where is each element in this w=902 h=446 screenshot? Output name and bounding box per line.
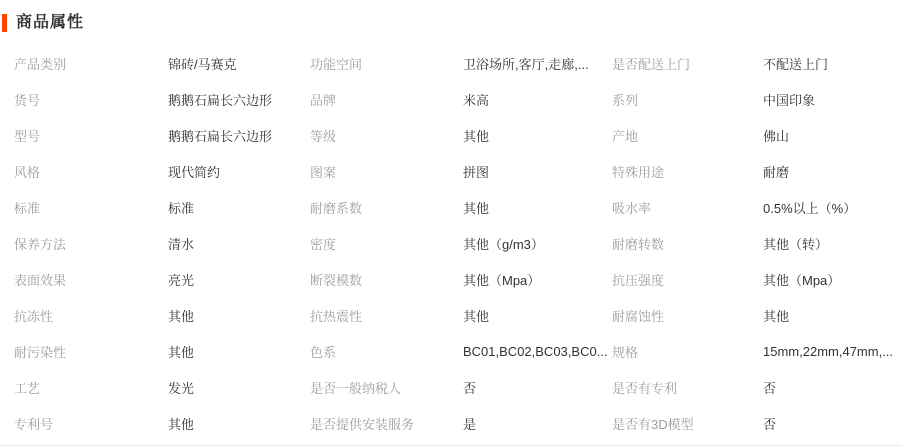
- attribute-cell: 耐磨系数其他: [310, 189, 612, 225]
- attr-label: 图案: [310, 162, 463, 181]
- attr-label: 专利号: [14, 414, 168, 433]
- attr-value: 米高: [463, 90, 489, 109]
- attr-value: 其他: [763, 306, 789, 325]
- attr-value: 是: [463, 414, 476, 433]
- attr-value: 其他: [168, 306, 194, 325]
- attr-value: 其他: [463, 306, 489, 325]
- attribute-cell: 密度其他（g/m3）: [310, 225, 612, 261]
- attr-label: 抗压强度: [612, 270, 763, 289]
- attr-label: 等级: [310, 126, 463, 145]
- attribute-cell: 专利号其他: [14, 405, 310, 441]
- attr-value: 其他（Mpa）: [763, 270, 840, 289]
- attr-value: 发光: [168, 378, 194, 397]
- attr-label: 耐磨转数: [612, 234, 763, 253]
- attribute-cell: 色系BC01,BC02,BC03,BC0...: [310, 333, 612, 369]
- attribute-cell: 抗压强度其他（Mpa）: [612, 261, 902, 297]
- attr-label: 抗热震性: [310, 306, 463, 325]
- attr-value: 其他: [463, 198, 489, 217]
- attribute-cell: 产品类别锦砖/马赛克: [14, 45, 310, 81]
- attr-label: 密度: [310, 234, 463, 253]
- attr-value: 其他（Mpa）: [463, 270, 540, 289]
- attribute-cell: 抗冻性其他: [14, 297, 310, 333]
- attr-value: BC01,BC02,BC03,BC0...: [463, 344, 608, 359]
- attr-value: 标准: [168, 198, 194, 217]
- attribute-cell: 特殊用途耐磨: [612, 153, 902, 189]
- section-header: 商品属性: [2, 12, 902, 33]
- attr-value: 15mm,22mm,47mm,...: [763, 344, 893, 359]
- attr-value: 其他（g/m3）: [463, 234, 544, 253]
- section-title: 商品属性: [16, 12, 84, 33]
- attr-label: 品牌: [310, 90, 463, 109]
- attribute-cell: 标准标准: [14, 189, 310, 225]
- product-attributes-panel: 商品属性 产品类别锦砖/马赛克 功能空间卫浴场所,客厅,走廊,... 是否配送上…: [0, 0, 902, 446]
- attr-label: 吸水率: [612, 198, 763, 217]
- attr-label: 工艺: [14, 378, 168, 397]
- attr-value: 不配送上门: [763, 54, 828, 73]
- attribute-cell: 是否有专利否: [612, 369, 902, 405]
- attr-label: 断裂模数: [310, 270, 463, 289]
- attr-value: 卫浴场所,客厅,走廊,...: [463, 54, 589, 73]
- attr-value: 否: [763, 378, 776, 397]
- attr-label: 特殊用途: [612, 162, 763, 181]
- attribute-cell: 品牌米高: [310, 81, 612, 117]
- attribute-cell: 吸水率0.5%以上（%）: [612, 189, 902, 225]
- attr-value: 鹅鹅石扁长六边形: [168, 126, 272, 145]
- attr-value: 其他: [168, 414, 194, 433]
- attr-value: 耐磨: [763, 162, 789, 181]
- attribute-cell: 图案拼图: [310, 153, 612, 189]
- attr-value: 鹅鹅石扁长六边形: [168, 90, 272, 109]
- attribute-cell: 是否提供安装服务是: [310, 405, 612, 441]
- attr-label: 是否配送上门: [612, 54, 763, 73]
- attr-value: 现代简约: [168, 162, 220, 181]
- attribute-cell: 耐磨转数其他（转）: [612, 225, 902, 261]
- attr-label: 型号: [14, 126, 168, 145]
- attributes-table: 产品类别锦砖/马赛克 功能空间卫浴场所,客厅,走廊,... 是否配送上门不配送上…: [0, 45, 902, 441]
- attribute-cell: 产地佛山: [612, 117, 902, 153]
- attr-label: 系列: [612, 90, 763, 109]
- attr-label: 色系: [310, 342, 463, 361]
- attr-label: 风格: [14, 162, 168, 181]
- attr-label: 表面效果: [14, 270, 168, 289]
- attr-value: 清水: [168, 234, 194, 253]
- attribute-cell: 等级其他: [310, 117, 612, 153]
- attr-label: 标准: [14, 198, 168, 217]
- attribute-cell: 表面效果亮光: [14, 261, 310, 297]
- attr-value: 其他: [463, 126, 489, 145]
- attribute-cell: 规格15mm,22mm,47mm,...: [612, 333, 902, 369]
- attribute-cell: 功能空间卫浴场所,客厅,走廊,...: [310, 45, 612, 81]
- attribute-cell: 是否配送上门不配送上门: [612, 45, 902, 81]
- attribute-cell: 风格现代简约: [14, 153, 310, 189]
- attribute-cell: 型号鹅鹅石扁长六边形: [14, 117, 310, 153]
- accent-bar-icon: [2, 14, 7, 32]
- attr-label: 是否提供安装服务: [310, 414, 463, 433]
- attr-value: 亮光: [168, 270, 194, 289]
- attr-label: 抗冻性: [14, 306, 168, 325]
- attribute-cell: 系列中国印象: [612, 81, 902, 117]
- attr-label: 是否一般纳税人: [310, 378, 463, 397]
- attr-label: 规格: [612, 342, 763, 361]
- attr-value: 否: [763, 414, 776, 433]
- attribute-cell: 耐污染性其他: [14, 333, 310, 369]
- attr-value: 佛山: [763, 126, 789, 145]
- attr-label: 耐腐蚀性: [612, 306, 763, 325]
- attr-label: 耐磨系数: [310, 198, 463, 217]
- attribute-cell: 货号鹅鹅石扁长六边形: [14, 81, 310, 117]
- attribute-cell: 断裂模数其他（Mpa）: [310, 261, 612, 297]
- attr-label: 保养方法: [14, 234, 168, 253]
- attr-value: 拼图: [463, 162, 489, 181]
- attr-label: 功能空间: [310, 54, 463, 73]
- attr-label: 是否有3D模型: [612, 414, 763, 433]
- attr-label: 货号: [14, 90, 168, 109]
- attr-label: 是否有专利: [612, 378, 763, 397]
- attribute-cell: 是否一般纳税人否: [310, 369, 612, 405]
- attribute-cell: 保养方法清水: [14, 225, 310, 261]
- attribute-cell: 耐腐蚀性其他: [612, 297, 902, 333]
- attr-value: 0.5%以上（%）: [763, 198, 856, 217]
- attr-value: 中国印象: [763, 90, 815, 109]
- attribute-cell: 抗热震性其他: [310, 297, 612, 333]
- attr-label: 产地: [612, 126, 763, 145]
- attr-label: 产品类别: [14, 54, 168, 73]
- attr-label: 耐污染性: [14, 342, 168, 361]
- attribute-cell: 是否有3D模型否: [612, 405, 902, 441]
- attr-value: 其他: [168, 342, 194, 361]
- attr-value: 否: [463, 378, 476, 397]
- attribute-cell: 工艺发光: [14, 369, 310, 405]
- attr-value: 其他（转）: [763, 234, 828, 253]
- attr-value: 锦砖/马赛克: [168, 54, 237, 73]
